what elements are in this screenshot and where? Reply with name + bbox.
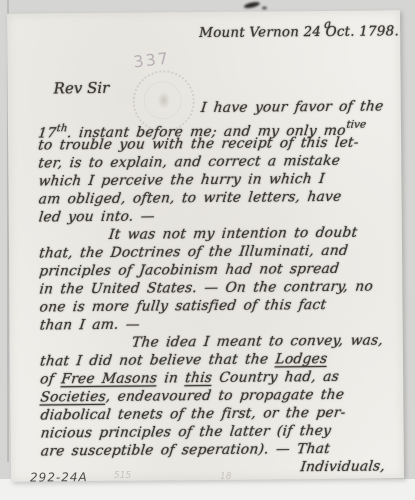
line-text: which I perceive the hurry in which I: [38, 171, 326, 190]
letter-body: I have your favor of the 17th. instant b…: [37, 97, 400, 478]
line-text: diabolical tenets of the first, or the p…: [40, 405, 347, 424]
line-text: ter, is to explain, and correct a mistak…: [37, 153, 341, 172]
line-text: , endeavoured to propagate the: [105, 387, 345, 405]
archive-number: 292-24A: [30, 470, 88, 485]
letter-paper: a Mount Vernon 24 Oct. 1798. 337 Rev Sir…: [7, 10, 404, 481]
underlined-word: Lodges: [275, 351, 329, 367]
dateline: Mount Vernon 24 Oct. 1798.: [199, 23, 399, 41]
line-text: The idea I meant to convey, was,: [131, 332, 384, 350]
folio-stamp-number: 337: [132, 48, 170, 71]
line-text: that I did not believe that the: [39, 351, 276, 369]
line-text: than I am. —: [39, 317, 141, 334]
line-text: Individuals,: [300, 458, 386, 475]
line-text: led you into. —: [38, 208, 156, 225]
line-text: are susceptible of seperation). — That: [40, 441, 331, 460]
line-text: nicious principles of the latter (if the…: [40, 423, 332, 442]
ink-smudge: [244, 1, 261, 9]
line-text: am obliged, often, to write letters, hav…: [38, 189, 343, 208]
faint-pencil-mark: 515: [114, 471, 131, 481]
line-text: one is more fully satisfied of this fact: [39, 297, 327, 316]
underlined-word: this: [184, 370, 213, 386]
line-text: principles of Jacobinism had not spread: [38, 261, 340, 280]
line-text: Country had, as: [211, 369, 340, 386]
line-text: that, the Doctrines of the Illuminati, a…: [38, 243, 349, 262]
scanned-letter-page: a Mount Vernon 24 Oct. 1798. 337 Rev Sir…: [0, 0, 415, 500]
line-text: It was not my intention to doubt: [108, 225, 358, 243]
faint-pencil-mark: 18: [220, 472, 232, 482]
line-text: I have your favor of the: [200, 98, 384, 116]
line-text: to trouble you with the receipt of this …: [37, 135, 359, 154]
underlined-word: Free Masons: [60, 370, 158, 387]
line-text: of: [39, 371, 62, 387]
line-text: in: [156, 370, 186, 386]
salutation: Rev Sir: [54, 79, 110, 97]
inserted-word-above-line: tive: [346, 119, 367, 131]
line-text: in the United States. — On the contrary,…: [39, 279, 374, 298]
ink-smudge: [262, 6, 267, 9]
underlined-word: Societies: [40, 389, 107, 406]
